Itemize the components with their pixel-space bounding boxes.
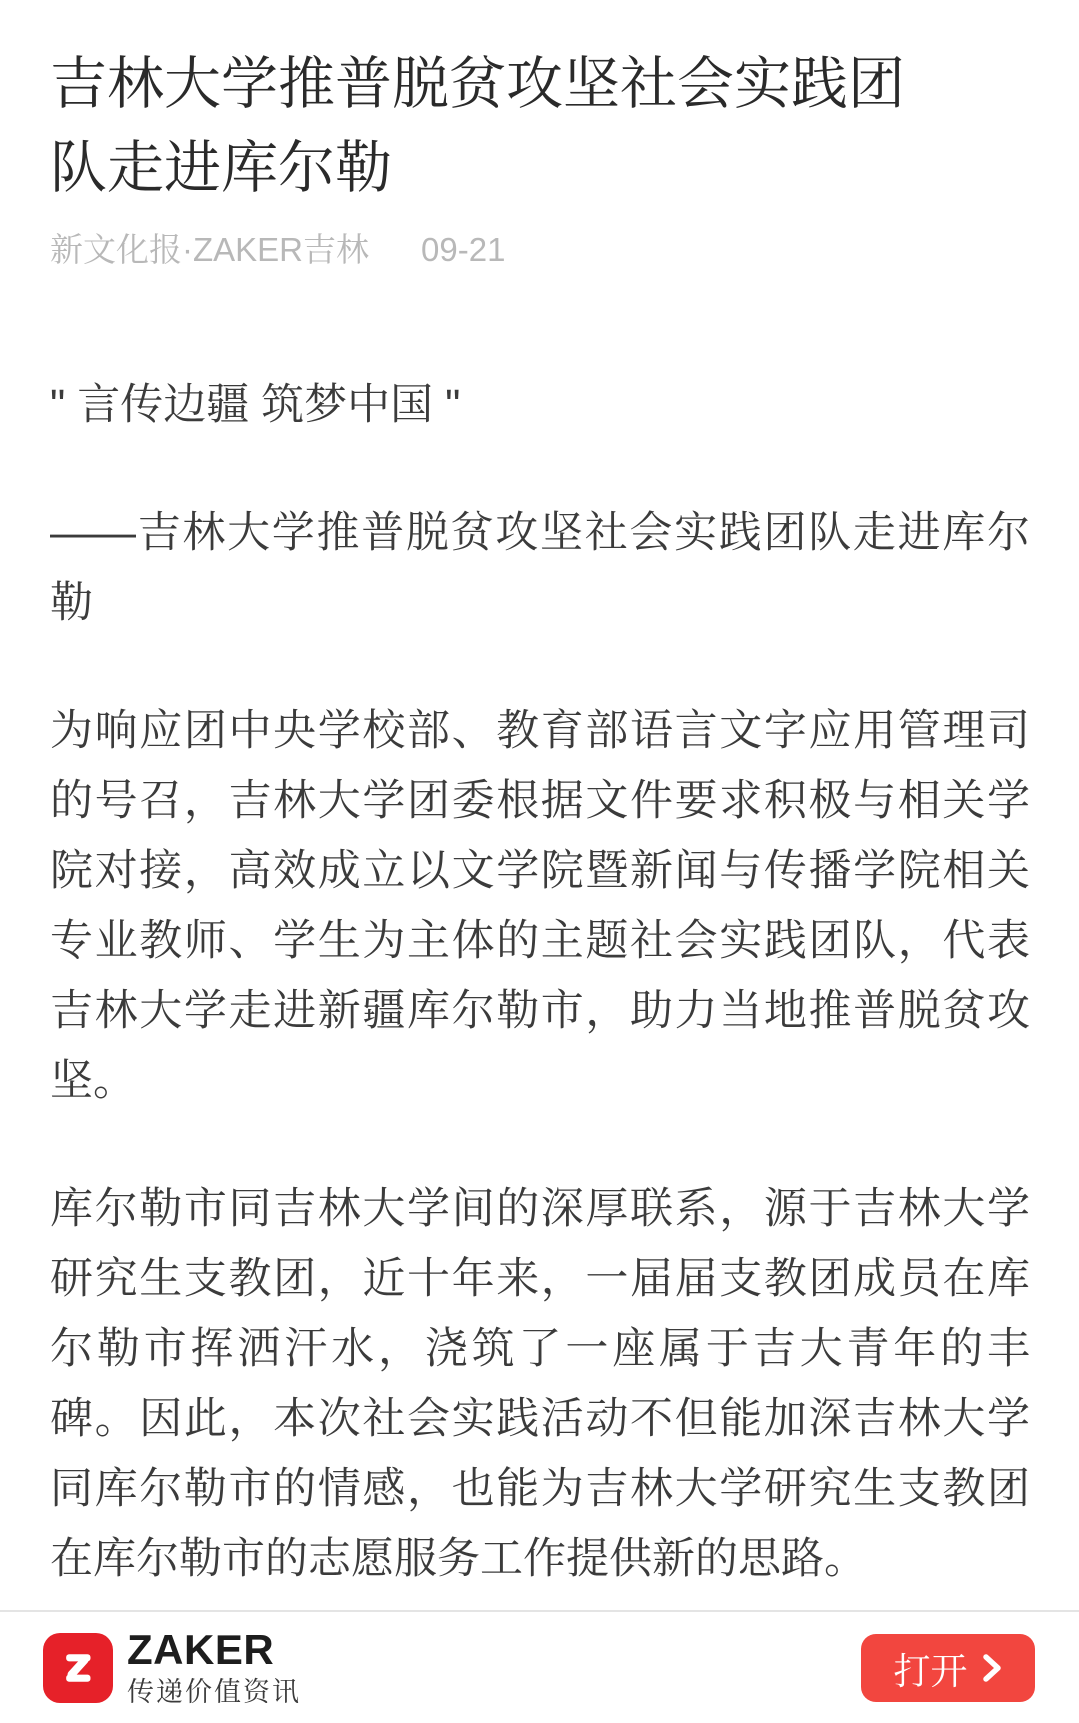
paragraph-body-1: 为响应团中央学校部、教育部语言文字应用管理司的号召，吉林大学团委根据文件要求积极… [50, 696, 1030, 1116]
article-source: 新文化报·ZAKER吉林 [50, 231, 369, 268]
brand-text: ZAKER 传递价值资讯 [127, 1629, 301, 1706]
brand-block: ZAKER 传递价值资讯 [43, 1629, 301, 1706]
paragraph-subtitle: ——吉林大学推普脱贫攻坚社会实践团队走进库尔勒 [50, 498, 1030, 638]
app-download-banner: ZAKER 传递价值资讯 打开 [0, 1610, 1079, 1723]
brand-name: ZAKER [127, 1629, 301, 1671]
article-page: { "article": { "title": "吉林大学推普脱贫攻坚社会实践团… [0, 0, 1079, 1723]
article-title: 吉林大学推普脱贫攻坚社会实践团队走进库尔勒 [50, 42, 925, 210]
brand-slogan: 传递价值资讯 [127, 1678, 301, 1706]
byline: 新文化报·ZAKER吉林09-21 [50, 230, 1030, 270]
paragraph-quote: " 言传边疆 筑梦中国 " [50, 370, 1030, 440]
chevron-right-icon [981, 1652, 1003, 1684]
paragraph-body-2: 库尔勒市同吉林大学间的深厚联系，源于吉林大学研究生支教团，近十年来，一届届支教团… [50, 1174, 1030, 1594]
article-date: 09-21 [421, 231, 505, 268]
zaker-logo-icon [43, 1633, 113, 1703]
open-app-button[interactable]: 打开 [861, 1634, 1035, 1702]
open-button-label: 打开 [894, 1641, 968, 1695]
article-body: 吉林大学推普脱贫攻坚社会实践团队走进库尔勒 新文化报·ZAKER吉林09-21 … [0, 42, 1079, 1594]
